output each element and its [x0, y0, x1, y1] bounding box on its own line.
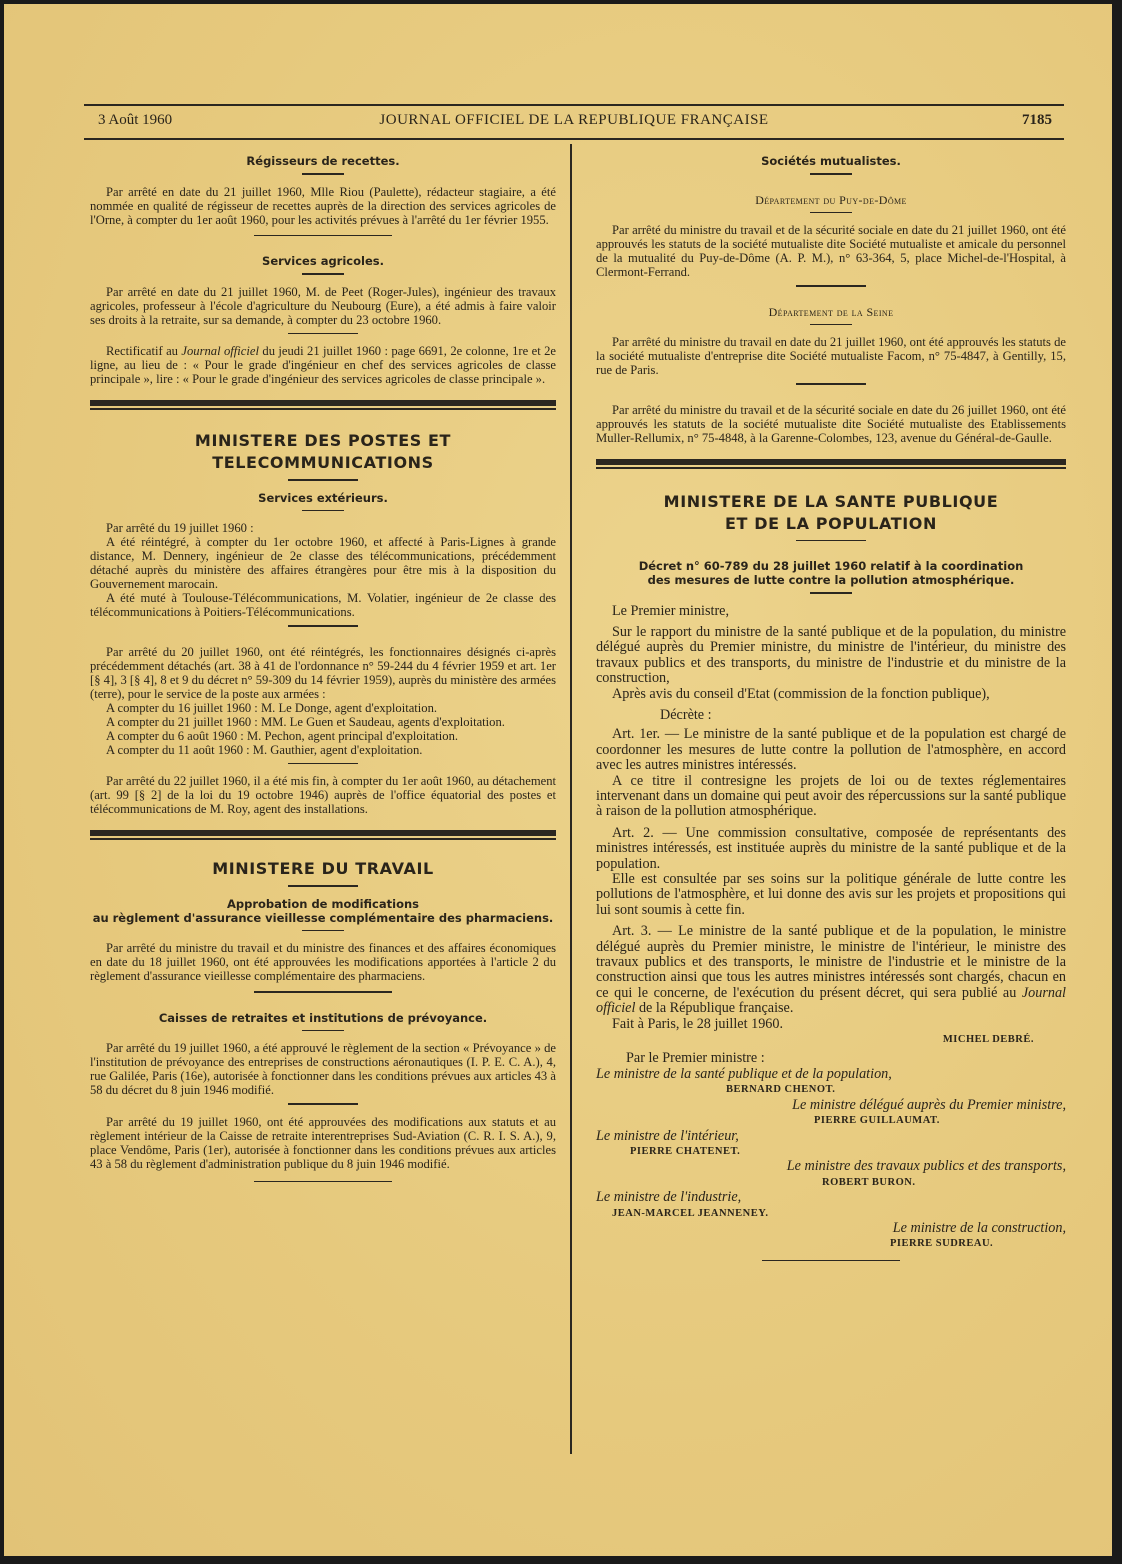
paragraph: A compter du 11 août 1960 : M. Gauthier,…	[90, 743, 556, 757]
paragraph: A compter du 16 juillet 1960 : M. Le Don…	[90, 701, 556, 715]
paragraph: Par arrêté en date du 21 juillet 1960, M…	[90, 185, 556, 227]
section-separator	[90, 830, 556, 836]
decree-title: des mesures de lutte contre la pollution…	[596, 573, 1066, 587]
column-divider	[570, 144, 572, 1454]
article-3: Art. 3. — Le ministre de la santé publiq…	[596, 924, 1066, 1016]
paragraph: Par arrêté du ministre du travail et de …	[596, 403, 1066, 445]
rule	[762, 1260, 900, 1262]
paragraph: Par arrêté du ministre du travail et de …	[596, 223, 1066, 279]
paragraph: A été réintégré, à compter du 1er octobr…	[90, 535, 556, 591]
section-separator	[596, 459, 1066, 465]
paragraph-rectificatif: Rectificatif au Journal officiel du jeud…	[90, 344, 556, 386]
decree-title: Décret n° 60-789 du 28 juillet 1960 rela…	[596, 559, 1066, 573]
paragraph: Par arrêté du 20 juillet 1960, ont été r…	[90, 645, 556, 701]
section-heading: Approbation de modifications	[90, 897, 556, 911]
department-heading: Département de la Seine	[596, 305, 1066, 319]
paragraph: Le Premier ministre,	[596, 604, 1066, 619]
section-heading: au règlement d'assurance vieillesse comp…	[90, 911, 556, 925]
par-le-premier-ministre: Par le Premier ministre :	[596, 1051, 1066, 1066]
paragraph: A compter du 21 juillet 1960 : MM. Le Gu…	[90, 715, 556, 729]
paragraph: Par arrêté du ministre du travail en dat…	[596, 335, 1066, 377]
article-2: Art. 2. — Une commission consultative, c…	[596, 826, 1066, 872]
right-column: Sociétés mutualistes. Département du Puy…	[596, 154, 1066, 1261]
paragraph: Par arrêté du ministre du travail et du …	[90, 941, 556, 983]
ministry-heading: MINISTERE DE LA SANTE PUBLIQUE	[596, 491, 1066, 513]
journal-title: JOURNAL OFFICIEL DE LA REPUBLIQUE FRANÇA…	[84, 112, 1064, 129]
decrete-label: Décrète :	[596, 708, 1066, 723]
article-1-cont: A ce titre il contresigne les projets de…	[596, 774, 1066, 820]
article-2-cont: Elle est consultée par ses soins sur la …	[596, 872, 1066, 918]
paragraph: Par arrêté du 19 juillet 1960, a été app…	[90, 1041, 556, 1097]
page-header: 3 Août 1960 JOURNAL OFFICIEL DE LA REPUB…	[84, 104, 1064, 140]
paragraph: Par arrêté du 22 juillet 1960, il a été …	[90, 774, 556, 816]
section-heading: Sociétés mutualistes.	[596, 154, 1066, 168]
section-heading: Régisseurs de recettes.	[90, 154, 556, 168]
fait-a-paris: Fait à Paris, le 28 juillet 1960.	[596, 1017, 1066, 1032]
ministry-heading: ET DE LA POPULATION	[596, 513, 1066, 535]
section-separator	[90, 400, 556, 406]
paragraph: A été muté à Toulouse-Télécommunications…	[90, 591, 556, 619]
rule	[254, 1181, 392, 1183]
ministry-heading: MINISTERE DU TRAVAIL	[90, 858, 556, 880]
signature-block: Le ministre de la santé publique et de l…	[596, 1067, 1066, 1252]
section-heading: Services agricoles.	[90, 254, 556, 268]
paragraph: Par arrêté en date du 21 juillet 1960, M…	[90, 285, 556, 327]
page-number: 7185	[1022, 112, 1052, 129]
signatory-name: MICHEL DEBRÉ.	[596, 1032, 1066, 1047]
paragraph: Par arrêté du 19 juillet 1960 :	[90, 521, 556, 535]
paragraph: Par arrêté du 19 juillet 1960, ont été a…	[90, 1115, 556, 1171]
section-heading: Caisses de retraites et institutions de …	[90, 1011, 556, 1025]
paragraph: A compter du 6 août 1960 : M. Pechon, ag…	[90, 729, 556, 743]
left-column: Régisseurs de recettes. Par arrêté en da…	[90, 154, 556, 1182]
department-heading: Département du Puy-de-Dôme	[596, 193, 1066, 207]
section-heading: Services extérieurs.	[90, 491, 556, 505]
paragraph: Sur le rapport du ministre de la santé p…	[596, 625, 1066, 687]
article-1: Art. 1er. — Le ministre de la santé publ…	[596, 727, 1066, 773]
paragraph: Après avis du conseil d'Etat (commission…	[596, 687, 1066, 702]
journal-page: 3 Août 1960 JOURNAL OFFICIEL DE LA REPUB…	[4, 4, 1112, 1556]
ministry-heading: MINISTERE DES POSTES ET TELECOMMUNICATIO…	[90, 430, 556, 474]
